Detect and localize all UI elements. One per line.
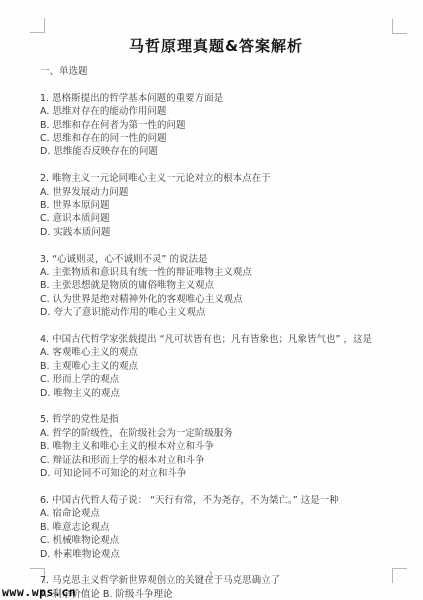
question-option: A. 客观唯心主义的观点 (40, 346, 392, 359)
question-option: D. 朴素唯物论观点 (40, 548, 392, 561)
question-option: C. 形而上学的观点 (40, 373, 392, 386)
page-number: - 1 - (0, 571, 423, 581)
question-option: B. 主张思想就是物质的庸俗唯物主义观点 (40, 279, 392, 292)
question-block: 6. 中国古代哲人荀子说： “天行有常，不为尧存，不为桀亡。” 这是一种A. 宿… (40, 494, 392, 561)
question-block: 5. 哲学的党性是指A. 哲学的阶级性，在阶级社会为一定阶级服务B. 唯物主义和… (40, 413, 392, 480)
question-block: 3. “心诚则灵，心不诚则不灵” 的说法是A. 主张物质和意识具有统一性的辩证唯… (40, 253, 392, 320)
question-option: B. 唯意志论观点 (40, 521, 392, 534)
text-boundary-mark-top-left (30, 18, 45, 33)
question-option: D. 夸大了意识能动作用的唯心主义观点 (40, 306, 392, 319)
question-option: C. 辩证法和形而上学的根本对立和斗争 (40, 454, 392, 467)
question-option: B. 世界本原问题 (40, 199, 392, 212)
question-option: D. 思维能否反映存在的问题 (40, 145, 392, 158)
question-option: B. 唯物主义和唯心主义的根本对立和斗争 (40, 440, 392, 453)
question-option: A. 世界发展动力问题 (40, 186, 392, 199)
question-stem: 6. 中国古代哲人荀子说： “天行有常，不为尧存，不为桀亡。” 这是一种 (40, 494, 392, 507)
question-option: B. 主观唯心主义的观点 (40, 360, 392, 373)
question-option: A. 哲学的阶级性，在阶级社会为一定阶级服务 (40, 427, 392, 440)
question-option: C. 意识本质问题 (40, 212, 392, 225)
question-option: A. 宿命论观点 (40, 507, 392, 520)
document-title: 马哲原理真题&答案解析 (40, 36, 392, 56)
question-option: B. 思维和存在何者为第一性的问题 (40, 119, 392, 132)
question-list: 1. 恩格斯提出的哲学基本问题的重要方面是A. 思维对存在的能动作用问题B. 思… (40, 92, 392, 600)
document-body: 马哲原理真题&答案解析 一、单选题 1. 恩格斯提出的哲学基本问题的重要方面是A… (40, 36, 392, 600)
question-option: A. 主张物质和意识具有统一性的辩证唯物主义观点 (40, 266, 392, 279)
question-stem: 2. 唯物主义一元论同唯心主义一元论对立的根本点在于 (40, 172, 392, 185)
question-option: D. 可知论同不可知论的对立和斗争 (40, 467, 392, 480)
section-heading: 一、单选题 (40, 65, 392, 78)
wps-watermark: www.wps.cn (2, 585, 76, 599)
question-option: C. 机械唯物论观点 (40, 534, 392, 547)
question-option: A. 剩余价值论 B. 阶级斗争理论 (40, 588, 392, 600)
question-option: C. 认为世界是绝对精神外化的客观唯心主义观点 (40, 293, 392, 306)
question-block: 2. 唯物主义一元论同唯心主义一元论对立的根本点在于A. 世界发展动力问题B. … (40, 172, 392, 239)
question-stem: 3. “心诚则灵，心不诚则不灵” 的说法是 (40, 253, 392, 266)
question-option: D. 实践本质问题 (40, 226, 392, 239)
question-stem: 5. 哲学的党性是指 (40, 413, 392, 426)
question-option: D. 唯物主义的观点 (40, 387, 392, 400)
question-stem: 4. 中国古代哲学家张载提出 “凡可状皆有也；凡有皆象也；凡象皆气也” ，这是 (40, 333, 392, 346)
question-block: 1. 恩格斯提出的哲学基本问题的重要方面是A. 思维对存在的能动作用问题B. 思… (40, 92, 392, 159)
question-block: 4. 中国古代哲学家张载提出 “凡可状皆有也；凡有皆象也；凡象皆气也” ，这是A… (40, 333, 392, 400)
question-option: C. 思维和存在的同一性的问题 (40, 132, 392, 145)
document-page: 马哲原理真题&答案解析 一、单选题 1. 恩格斯提出的哲学基本问题的重要方面是A… (0, 0, 423, 600)
question-option: A. 思维对存在的能动作用问题 (40, 105, 392, 118)
question-stem: 1. 恩格斯提出的哲学基本问题的重要方面是 (40, 92, 392, 105)
text-boundary-mark-top-right (392, 19, 407, 34)
